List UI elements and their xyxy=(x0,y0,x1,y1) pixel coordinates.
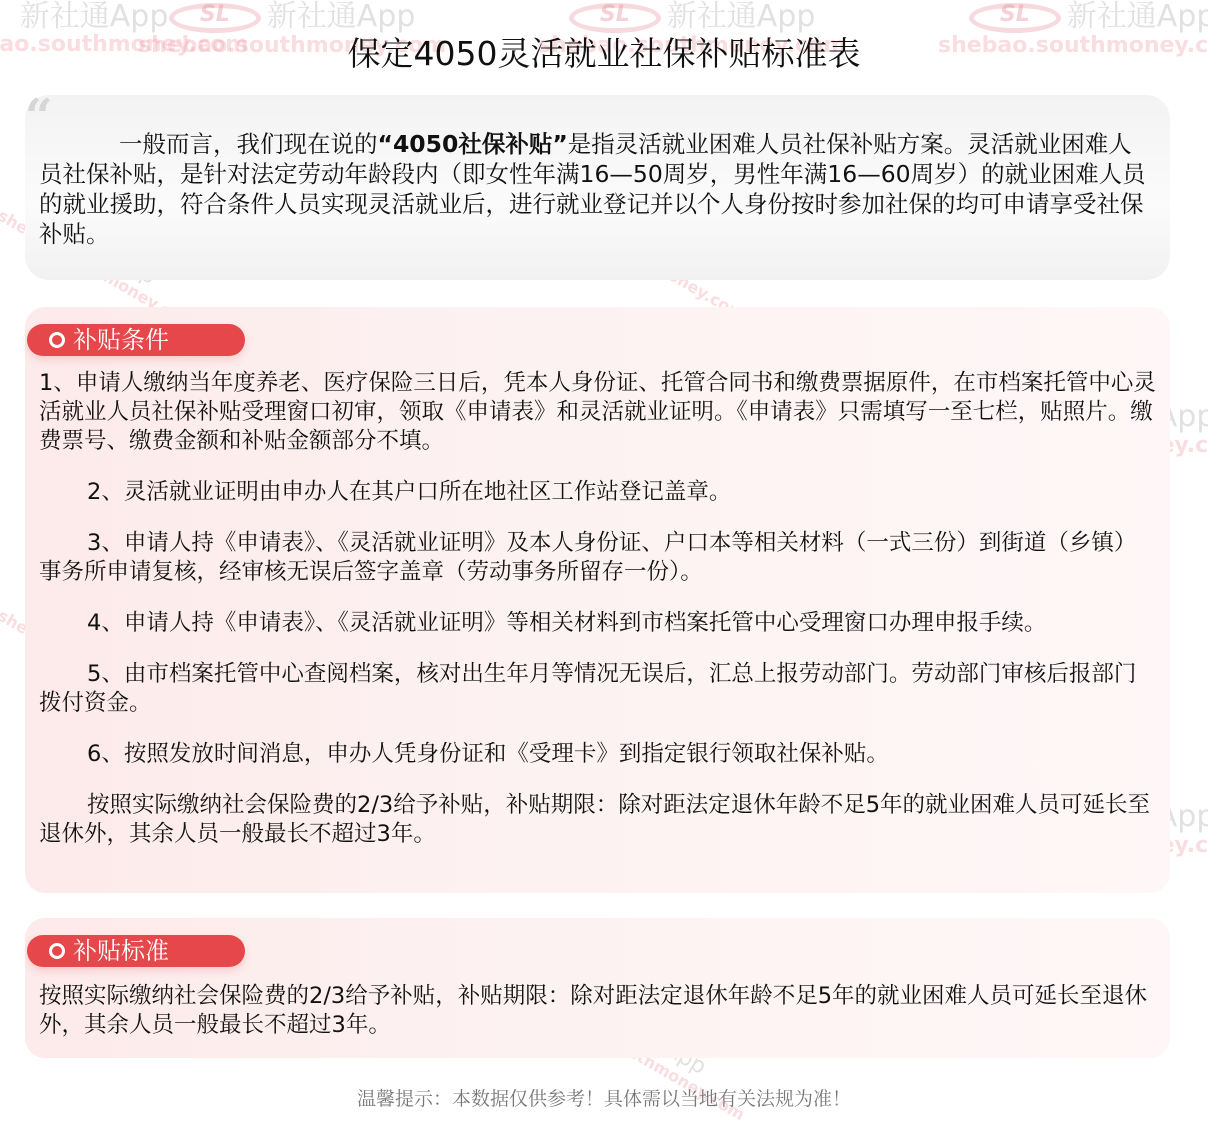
circle-icon xyxy=(49,332,65,348)
intro-highlight: “4050社保补贴” xyxy=(378,130,568,158)
intro-box: “ 一般而言，我们现在说的“4050社保补贴”是指灵活就业困难人员社保补贴方案。… xyxy=(25,95,1170,280)
circle-icon xyxy=(49,943,65,959)
condition-item: 1、申请人缴纳当年度养老、医疗保险三日后，凭本人身份证、托管合同书和缴费票据原件… xyxy=(39,369,1156,456)
section-conditions: 补贴条件 1、申请人缴纳当年度养老、医疗保险三日后，凭本人身份证、托管合同书和缴… xyxy=(25,307,1170,893)
condition-item: 5、由市档案托管中心查阅档案，核对出生年月等情况无误后，汇总上报劳动部门。劳动部… xyxy=(39,660,1156,718)
standard-paragraph: 按照实际缴纳社会保险费的2/3给予补贴，补贴期限：除对距法定退休年龄不足5年的就… xyxy=(39,982,1156,1040)
section-tag-conditions: 补贴条件 xyxy=(27,324,245,356)
condition-item: 2、灵活就业证明由申办人在其户口所在地社区工作站登记盖章。 xyxy=(39,478,1156,507)
condition-item: 按照实际缴纳社会保险费的2/3给予补贴，补贴期限：除对距法定退休年龄不足5年的就… xyxy=(39,791,1156,849)
condition-item: 6、按照发放时间消息，申办人凭身份证和《受理卡》到指定银行领取社保补贴。 xyxy=(39,740,1156,769)
section-standard: 补贴标准 按照实际缴纳社会保险费的2/3给予补贴，补贴期限：除对距法定退休年龄不… xyxy=(25,918,1170,1058)
intro-text: 一般而言，我们现在说的“4050社保补贴”是指灵活就业困难人员社保补贴方案。灵活… xyxy=(39,129,1152,249)
section-tag-standard: 补贴标准 xyxy=(27,935,245,967)
standard-text: 按照实际缴纳社会保险费的2/3给予补贴，补贴期限：除对距法定退休年龄不足5年的就… xyxy=(39,982,1156,1062)
footer-note: 温馨提示：本数据仅供参考！具体需以当地有关法规为准！ xyxy=(0,1084,1208,1111)
section-tag-label: 补贴条件 xyxy=(73,324,169,356)
section-tag-label: 补贴标准 xyxy=(73,935,169,967)
conditions-list: 1、申请人缴纳当年度养老、医疗保险三日后，凭本人身份证、托管合同书和缴费票据原件… xyxy=(39,369,1156,871)
condition-item: 4、申请人持《申请表》、《灵活就业证明》等相关材料到市档案托管中心受理窗口办理申… xyxy=(39,609,1156,638)
condition-item: 3、申请人持《申请表》、《灵活就业证明》及本人身份证、户口本等相关材料（一式三份… xyxy=(39,529,1156,587)
intro-prefix: 一般而言，我们现在说的 xyxy=(119,130,378,158)
page-title: 保定4050灵活就业社保补贴标准表 xyxy=(0,28,1208,75)
